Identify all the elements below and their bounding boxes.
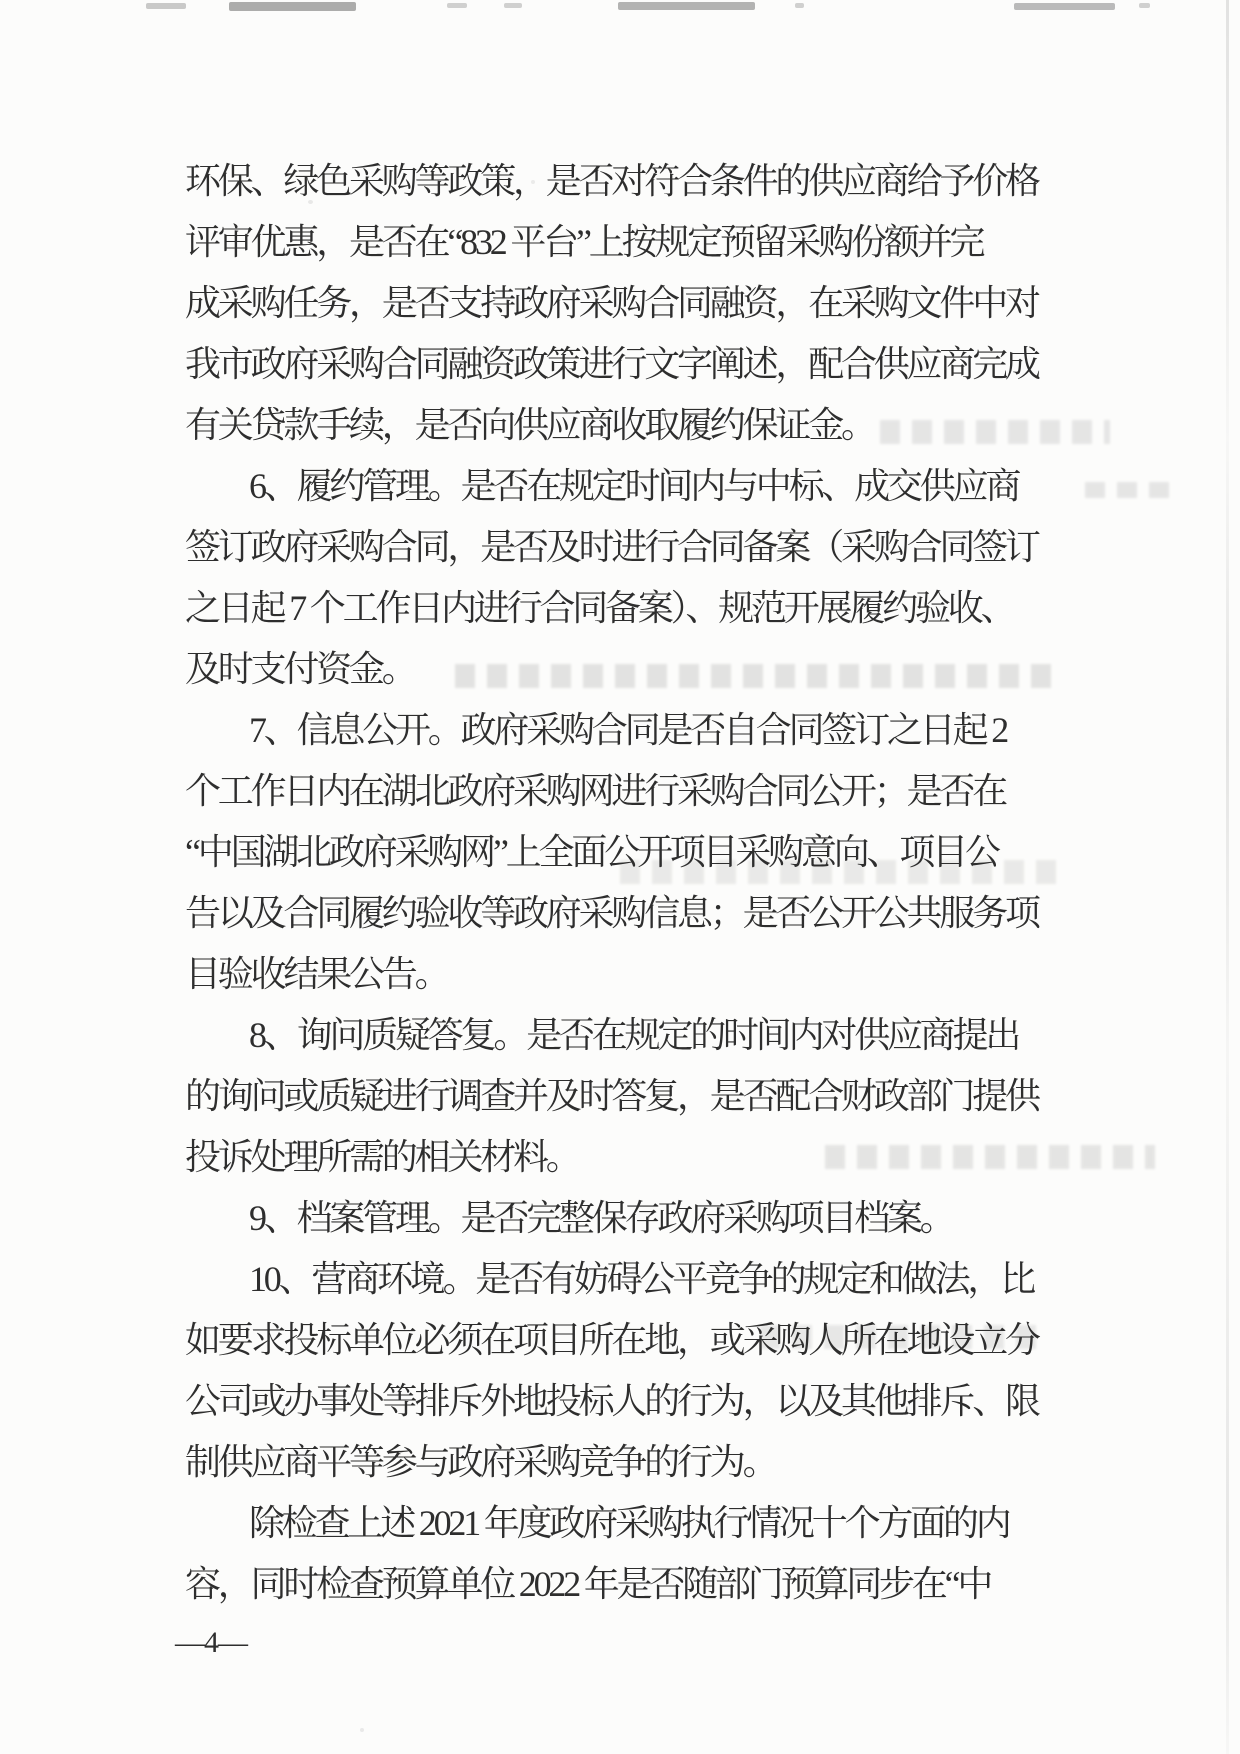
text-line: 及时支付资金。	[185, 639, 1085, 700]
text-line: 8、询问质疑答复。是否在规定的时间内对供应商提出	[185, 1005, 1085, 1066]
text-line: 之日起 7 个工作日内进行合同备案）、规范开展履约验收、	[185, 578, 1085, 639]
text-line: 告以及合同履约验收等政府采购信息；是否公开公共服务项	[185, 883, 1085, 944]
text-line: 我市政府采购合同融资政策进行文字阐述，配合供应商完成	[185, 334, 1085, 395]
text-line: 7、信息公开。政府采购合同是否自合同签订之日起 2	[185, 700, 1085, 761]
text-line: 如要求投标单位必须在项目所在地，或采购人所在地设立分	[185, 1310, 1085, 1371]
bleed-through-smudge	[1085, 482, 1180, 498]
text-line: 有关贷款手续，是否向供应商收取履约保证金。	[185, 395, 1085, 456]
page-edge-shadow	[1226, 0, 1229, 1754]
text-line: 个工作日内在湖北政府采购网进行采购合同公开；是否在	[185, 761, 1085, 822]
text-line: 9、档案管理。是否完整保存政府采购项目档案。	[185, 1188, 1085, 1249]
text-line: 目验收结果公告。	[185, 944, 1085, 1005]
scan-artifact	[1014, 3, 1115, 10]
text-line: 的询问或质疑进行调查并及时答复，是否配合财政部门提供	[185, 1066, 1085, 1127]
text-line: 制供应商平等参与政府采购竞争的行为。	[185, 1432, 1085, 1493]
scan-artifact	[504, 3, 522, 8]
page-number: —4—	[175, 1622, 247, 1664]
text-line: “中国湖北政府采购网”上全面公开项目采购意向、项目公	[185, 822, 1085, 883]
scanned-document-page: 环保、绿色采购等政策，是否对符合条件的供应商给予价格 评审优惠，是否在“832 …	[0, 0, 1240, 1754]
text-line: 成采购任务，是否支持政府采购合同融资，在采购文件中对	[185, 273, 1085, 334]
scan-speck	[360, 1728, 364, 1732]
scan-artifact	[229, 2, 356, 11]
scan-artifact	[618, 2, 755, 10]
scan-artifact	[146, 3, 186, 9]
text-line: 10、营商环境。是否有妨碍公平竞争的规定和做法，比	[185, 1249, 1085, 1310]
text-line: 容，同时检查预算单位 2022 年是否随部门预算同步在“中	[185, 1554, 1085, 1615]
text-line: 投诉处理所需的相关材料。	[185, 1127, 1085, 1188]
text-line: 签订政府采购合同，是否及时进行合同备案（采购合同签订	[185, 517, 1085, 578]
text-line: 除检查上述 2021 年度政府采购执行情况十个方面的内	[185, 1493, 1085, 1554]
document-body: 环保、绿色采购等政策，是否对符合条件的供应商给予价格 评审优惠，是否在“832 …	[185, 151, 1085, 1615]
text-line: 评审优惠，是否在“832 平台”上按规定预留采购份额并完	[185, 212, 1085, 273]
text-line: 公司或办事处等排斥外地投标人的行为，以及其他排斥、限	[185, 1371, 1085, 1432]
text-line: 6、履约管理。是否在规定时间内与中标、成交供应商	[185, 456, 1085, 517]
text-line: 环保、绿色采购等政策，是否对符合条件的供应商给予价格	[185, 151, 1085, 212]
scan-artifact	[447, 3, 467, 8]
scan-artifact	[795, 3, 804, 8]
scan-artifact	[1139, 3, 1150, 8]
